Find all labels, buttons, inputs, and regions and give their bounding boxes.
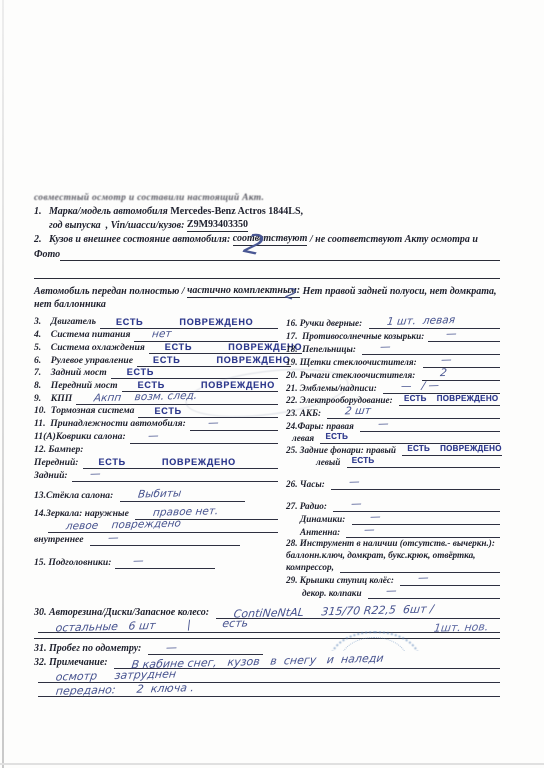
handwritten-entry: —	[133, 556, 145, 567]
form-underline: ЕСТЬ	[347, 456, 500, 468]
scanned-inspection-form: совместный осмотр и составили настоящий …	[0, 0, 544, 768]
form-underline: нет	[134, 329, 278, 342]
spacer	[286, 490, 500, 499]
right-column: 16. Ручки дверные: 1 шт. левая17. Против…	[286, 316, 500, 599]
handwritten-entry: — / —	[400, 381, 439, 393]
field-label: 25. Задние фонари: правый	[286, 445, 398, 456]
form-row: 17. Противосолнечные козырьки:—	[286, 329, 500, 342]
form-underline: Выбиты	[120, 489, 245, 502]
bottom-section: 1шт. нов. 30. Авторезина/Диски/Запасное …	[34, 605, 500, 697]
form-underline: левое повреждено	[48, 520, 278, 533]
vehicle-model: Mercedes-Benz Actros 1844LS,	[170, 205, 303, 218]
field-label: Передний:	[34, 457, 79, 469]
transfer-line2: нет баллонника	[34, 298, 106, 311]
form-underline: —	[400, 573, 500, 586]
field-label: 29. Крышки ступиц колёс:	[286, 575, 396, 586]
handwritten-entry: Акпп возм. след.	[93, 391, 198, 405]
form-row: 12. Бампер:	[34, 444, 278, 457]
field-label: 19. Щетки стеклоочистителя:	[286, 357, 419, 368]
form-underline: —	[130, 431, 278, 444]
form-underline: —	[423, 355, 500, 368]
field-label: 11. Принадлежности автомобиля:	[34, 418, 186, 430]
field-label: 30. Авторезина/Диски/Запасное колесо:	[34, 606, 212, 619]
stamp-damaged: ПОВРЕЖДЕНО	[440, 444, 502, 454]
form-row: 23. АКБ: 2 шт	[286, 406, 500, 419]
handwritten-entry: нет	[152, 328, 173, 340]
spacer	[34, 546, 278, 556]
stamp-damaged: ПОВРЕЖДЕНО	[179, 317, 253, 327]
field-label: 28. Инструмент в наличии (отсутств.- выч…	[286, 538, 495, 549]
vin-number: Z9M93403350	[187, 218, 248, 232]
form-underline: ЕСТЬПОВРЕЖДЕНО	[149, 342, 302, 354]
form-row: левое повреждено	[34, 520, 278, 533]
form-underline: ЕСТЬПОВРЕЖДЕНО	[83, 457, 279, 469]
handwritten-entry: левое повреждено	[65, 518, 181, 532]
form-row: 16. Ручки дверные: 1 шт. левая	[286, 316, 500, 329]
form-underline: —	[115, 556, 215, 569]
form-row: 29. Крышки ступиц колёс: —	[286, 573, 500, 586]
stamp-present: ЕСТЬ	[153, 355, 180, 365]
form-row: остальные 6 шт | есть	[34, 619, 500, 633]
form-underline: —	[331, 477, 500, 490]
field-label: 11(А)Коврики салона:	[34, 431, 126, 443]
handwritten-entry: осмотр затруднен	[55, 668, 177, 682]
form-row: внутреннее —	[34, 533, 278, 546]
handwritten-entry: —	[378, 419, 390, 430]
form-row: 31. Пробег по одометру: —	[34, 641, 500, 655]
form-underline: —	[90, 533, 240, 546]
field-label: 24.Фары: правая	[286, 421, 356, 432]
handwritten-entry: 2	[439, 368, 447, 379]
item2-label: 2. Кузов и внешнее состояние автомобиля:	[34, 233, 233, 246]
stamp-present: ЕСТЬ	[116, 317, 143, 327]
field-label: 8. Передний мост	[34, 380, 118, 392]
form-underline: —	[72, 469, 278, 482]
form-row: 13.Стёкла салона: Выбиты	[34, 489, 278, 502]
field-label: 5. Система охлаждения	[34, 342, 145, 354]
photo-row: Фото 2	[34, 247, 500, 261]
form-underline	[34, 265, 500, 279]
form-underline: 2	[60, 247, 500, 261]
stamp-present: ЕСТЬ	[352, 456, 375, 466]
form-underline: —	[428, 329, 500, 342]
field-label: Динамики:	[300, 514, 348, 525]
form-row: 4. Система питаниянет	[34, 329, 278, 342]
field-label: внутреннее	[34, 534, 86, 546]
stamp-present: ЕСТЬ	[154, 406, 181, 416]
handwritten-entry: —	[385, 586, 397, 597]
spacer	[286, 468, 500, 477]
form-underline: —	[148, 642, 263, 655]
handwritten-entry: —	[380, 342, 392, 353]
form-row: 28. Инструмент в наличии (отсутств.- выч…	[286, 538, 500, 549]
field-label: 13.Стёкла салона:	[34, 490, 116, 502]
form-underline: осмотр затруднен	[38, 670, 500, 683]
field-label: 10. Тормозная система	[34, 405, 134, 417]
transfer-underlined: частично комплектным:	[187, 284, 300, 298]
scan-edge-left	[2, 0, 4, 768]
blue-seal-stamp-arc	[330, 631, 420, 651]
form-row: передано: 2 ключа .	[34, 683, 500, 697]
field-label: Задний:	[34, 470, 68, 482]
form-row: 11. Принадлежности автомобиля:—	[34, 418, 278, 431]
handwritten-entry: —	[147, 430, 159, 441]
form-underline: — / —	[383, 381, 500, 394]
field-label: 16. Ручки дверные:	[286, 318, 365, 329]
handwritten-entry: —	[207, 417, 219, 428]
handwritten-entry: —	[440, 355, 452, 366]
transfer-row-1: Автомобиль передан полностью / частично …	[34, 284, 500, 298]
form-row: Динамики: —	[286, 512, 500, 525]
form-underline	[340, 561, 500, 573]
form-underline: остальные 6 шт | есть	[38, 620, 500, 633]
form-underline: —	[360, 419, 500, 432]
form-underline: ЕСТЬ	[320, 432, 500, 444]
form-underline: 1 шт. левая	[369, 316, 501, 329]
field-label: 27. Радио:	[286, 501, 329, 512]
item-1-row: 1. Марка/модель автомобиля Mercedes-Benz…	[34, 205, 500, 218]
stamp-present: ЕСТЬ	[404, 394, 427, 404]
horizontal-rule	[34, 638, 500, 639]
form-row: 25. Задние фонари: правый ЕСТЬПОВРЕЖДЕНО	[286, 444, 500, 456]
two-column-checklist: 3. ДвигательЕСТЬПОВРЕЖДЕНО4. Система пит…	[34, 316, 500, 599]
stamp-damaged: ПОВРЕЖДЕНО	[162, 457, 236, 467]
field-label: 32. Примечание:	[34, 656, 110, 669]
form-underline: ContiNeNtAL 315/70 R22,5 6шт /	[216, 606, 500, 619]
transfer-post: Нет правой задней полуоси, нет домкрата,	[300, 285, 496, 298]
stamp-present: ЕСТЬ	[407, 444, 430, 454]
field-label: Антенна:	[300, 527, 342, 538]
field-label: 3. Двигатель	[34, 316, 96, 328]
form-underline: —	[190, 418, 278, 431]
handwritten-entry: —	[446, 329, 458, 340]
item-2-row: 2. Кузов и внешнее состояние автомобиля:…	[34, 232, 500, 246]
field-label: 18. Пепельницы:	[286, 344, 358, 355]
stamp-present: ЕСТЬ	[165, 342, 192, 352]
handwritten-entry: остальные 6 шт | есть	[55, 617, 249, 633]
field-label: 14.Зеркала: наружные	[34, 508, 131, 520]
form-row: Задний:—	[34, 469, 278, 482]
item1-label: 1. Марка/модель автомобиля	[34, 205, 170, 218]
field-label: 4. Система питания	[34, 329, 130, 341]
form-row: 11(А)Коврики салона:—	[34, 431, 278, 444]
stamp-present: ЕСТЬ	[325, 432, 348, 442]
form-underline: —	[346, 525, 500, 538]
form-row: 5. Система охлажденияЕСТЬПОВРЕЖДЕНО	[34, 342, 278, 355]
scan-edge-bottom	[0, 763, 544, 765]
form-row: компрессор,	[286, 561, 500, 573]
field-label: 26. Часы:	[286, 479, 327, 490]
field-label: 12. Бампер:	[34, 444, 83, 456]
handwritten-entry: —	[364, 525, 376, 536]
blank-underline-row	[34, 265, 500, 279]
handwritten-entry: —	[351, 499, 363, 510]
stamp-damaged: ПОВРЕЖДЕНО	[437, 394, 499, 404]
form-underline: ЕСТЬПОВРЕЖДЕНО	[137, 355, 290, 367]
handwritten-entry: Выбиты	[137, 488, 182, 500]
form-underline: ЕСТЬПОВРЕЖДЕНО	[402, 444, 501, 456]
item2-rest: / не соответствуют Акту осмотра и	[307, 233, 478, 246]
form-row: 26. Часы: —	[286, 477, 500, 490]
photo-label: Фото	[34, 248, 60, 261]
field-label: левый	[316, 457, 343, 468]
field-label: 17. Противосолнечные козырьки:	[286, 331, 424, 342]
handwritten-entry: ContiNeNtAL 315/70 R22,5 6шт /	[233, 603, 434, 619]
form-row: баллонн.ключ, домкрат, букс.крюк, отвёрт…	[286, 549, 500, 560]
form-content: совместный осмотр и составили настоящий …	[34, 192, 500, 697]
field-label: 31. Пробег по одометру:	[34, 642, 144, 655]
form-row: 19. Щетки стеклоочистителя: —	[286, 355, 500, 368]
handwritten-entry: правое нет.	[153, 506, 220, 519]
handwritten-entry: передано: 2 ключа .	[55, 682, 195, 697]
left-column: 3. ДвигательЕСТЬПОВРЕЖДЕНО4. Система пит…	[34, 316, 286, 599]
field-label: 15. Подголовники:	[34, 557, 111, 569]
form-row: Передний:ЕСТЬПОВРЕЖДЕНО	[34, 456, 278, 469]
form-underline: —	[362, 342, 500, 355]
transfer-pre: Автомобиль передан полностью /	[34, 285, 187, 298]
form-row: 18. Пепельницы: —	[286, 342, 500, 355]
transfer-row-2: нет баллонника	[34, 298, 500, 311]
field-label: компрессор,	[286, 562, 336, 573]
form-row: 24.Фары: правая —	[286, 419, 500, 432]
form-row: левый ЕСТЬ	[286, 456, 500, 468]
form-row: 30. Авторезина/Диски/Запасное колесо: Co…	[34, 605, 500, 619]
form-underline: —	[333, 499, 500, 512]
field-label: 7. Задний мост	[34, 367, 107, 379]
form-row: декор. колпаки —	[286, 586, 500, 599]
handwritten-entry: —	[348, 477, 360, 488]
form-row: 32. Примечание: В кабине снег, кузов в с…	[34, 655, 500, 669]
form-row: левая ЕСТЬ	[286, 432, 500, 444]
form-row: 3. ДвигательЕСТЬПОВРЕЖДЕНО	[34, 316, 278, 329]
field-label: левая	[292, 433, 316, 444]
handwritten-entry: —	[89, 469, 101, 480]
stamp-present: ЕСТЬ	[99, 457, 126, 467]
form-underline: ЕСТЬПОВРЕЖДЕНО	[100, 317, 278, 329]
handwritten-entry: —	[107, 533, 119, 544]
field-label: декор. колпаки	[302, 588, 364, 599]
stamp-present: ЕСТЬ	[127, 367, 154, 377]
form-underline: 2 шт	[327, 406, 500, 419]
stamp-present: ЕСТЬ	[138, 380, 165, 390]
field-label: 9. КПП	[34, 393, 72, 405]
field-label: 6. Рулевое управление	[34, 355, 133, 367]
form-row: Антенна: —	[286, 525, 500, 538]
form-row: 27. Радио: —	[286, 499, 500, 512]
handwritten-entry: 1 шт. левая	[386, 315, 455, 328]
previous-page-cutoff-text: совместный осмотр и составили настоящий …	[34, 192, 500, 204]
handwritten-entry: —	[418, 573, 430, 584]
handwritten-entry: —	[165, 642, 177, 653]
form-underline: —	[368, 586, 500, 599]
form-underline: ЕСТЬПОВРЕЖДЕНО	[399, 394, 500, 406]
field-label: баллонн.ключ, домкрат, букс.крюк, отвёрт…	[286, 550, 475, 561]
handwritten-entry: —	[369, 512, 381, 523]
vin-label: год выпуска , Vin/шасси/кузов:	[34, 219, 187, 232]
form-underline: передано: 2 ключа .	[38, 684, 500, 697]
stamp-damaged: ПОВРЕЖДЕНО	[216, 355, 290, 365]
handwritten-entry: 2 шт	[345, 406, 372, 418]
form-row: осмотр затруднен	[34, 669, 500, 683]
form-row: 15. Подголовники:—	[34, 556, 278, 569]
form-row: 6. Рулевое управлениеЕСТЬПОВРЕЖДЕНО	[34, 354, 278, 367]
